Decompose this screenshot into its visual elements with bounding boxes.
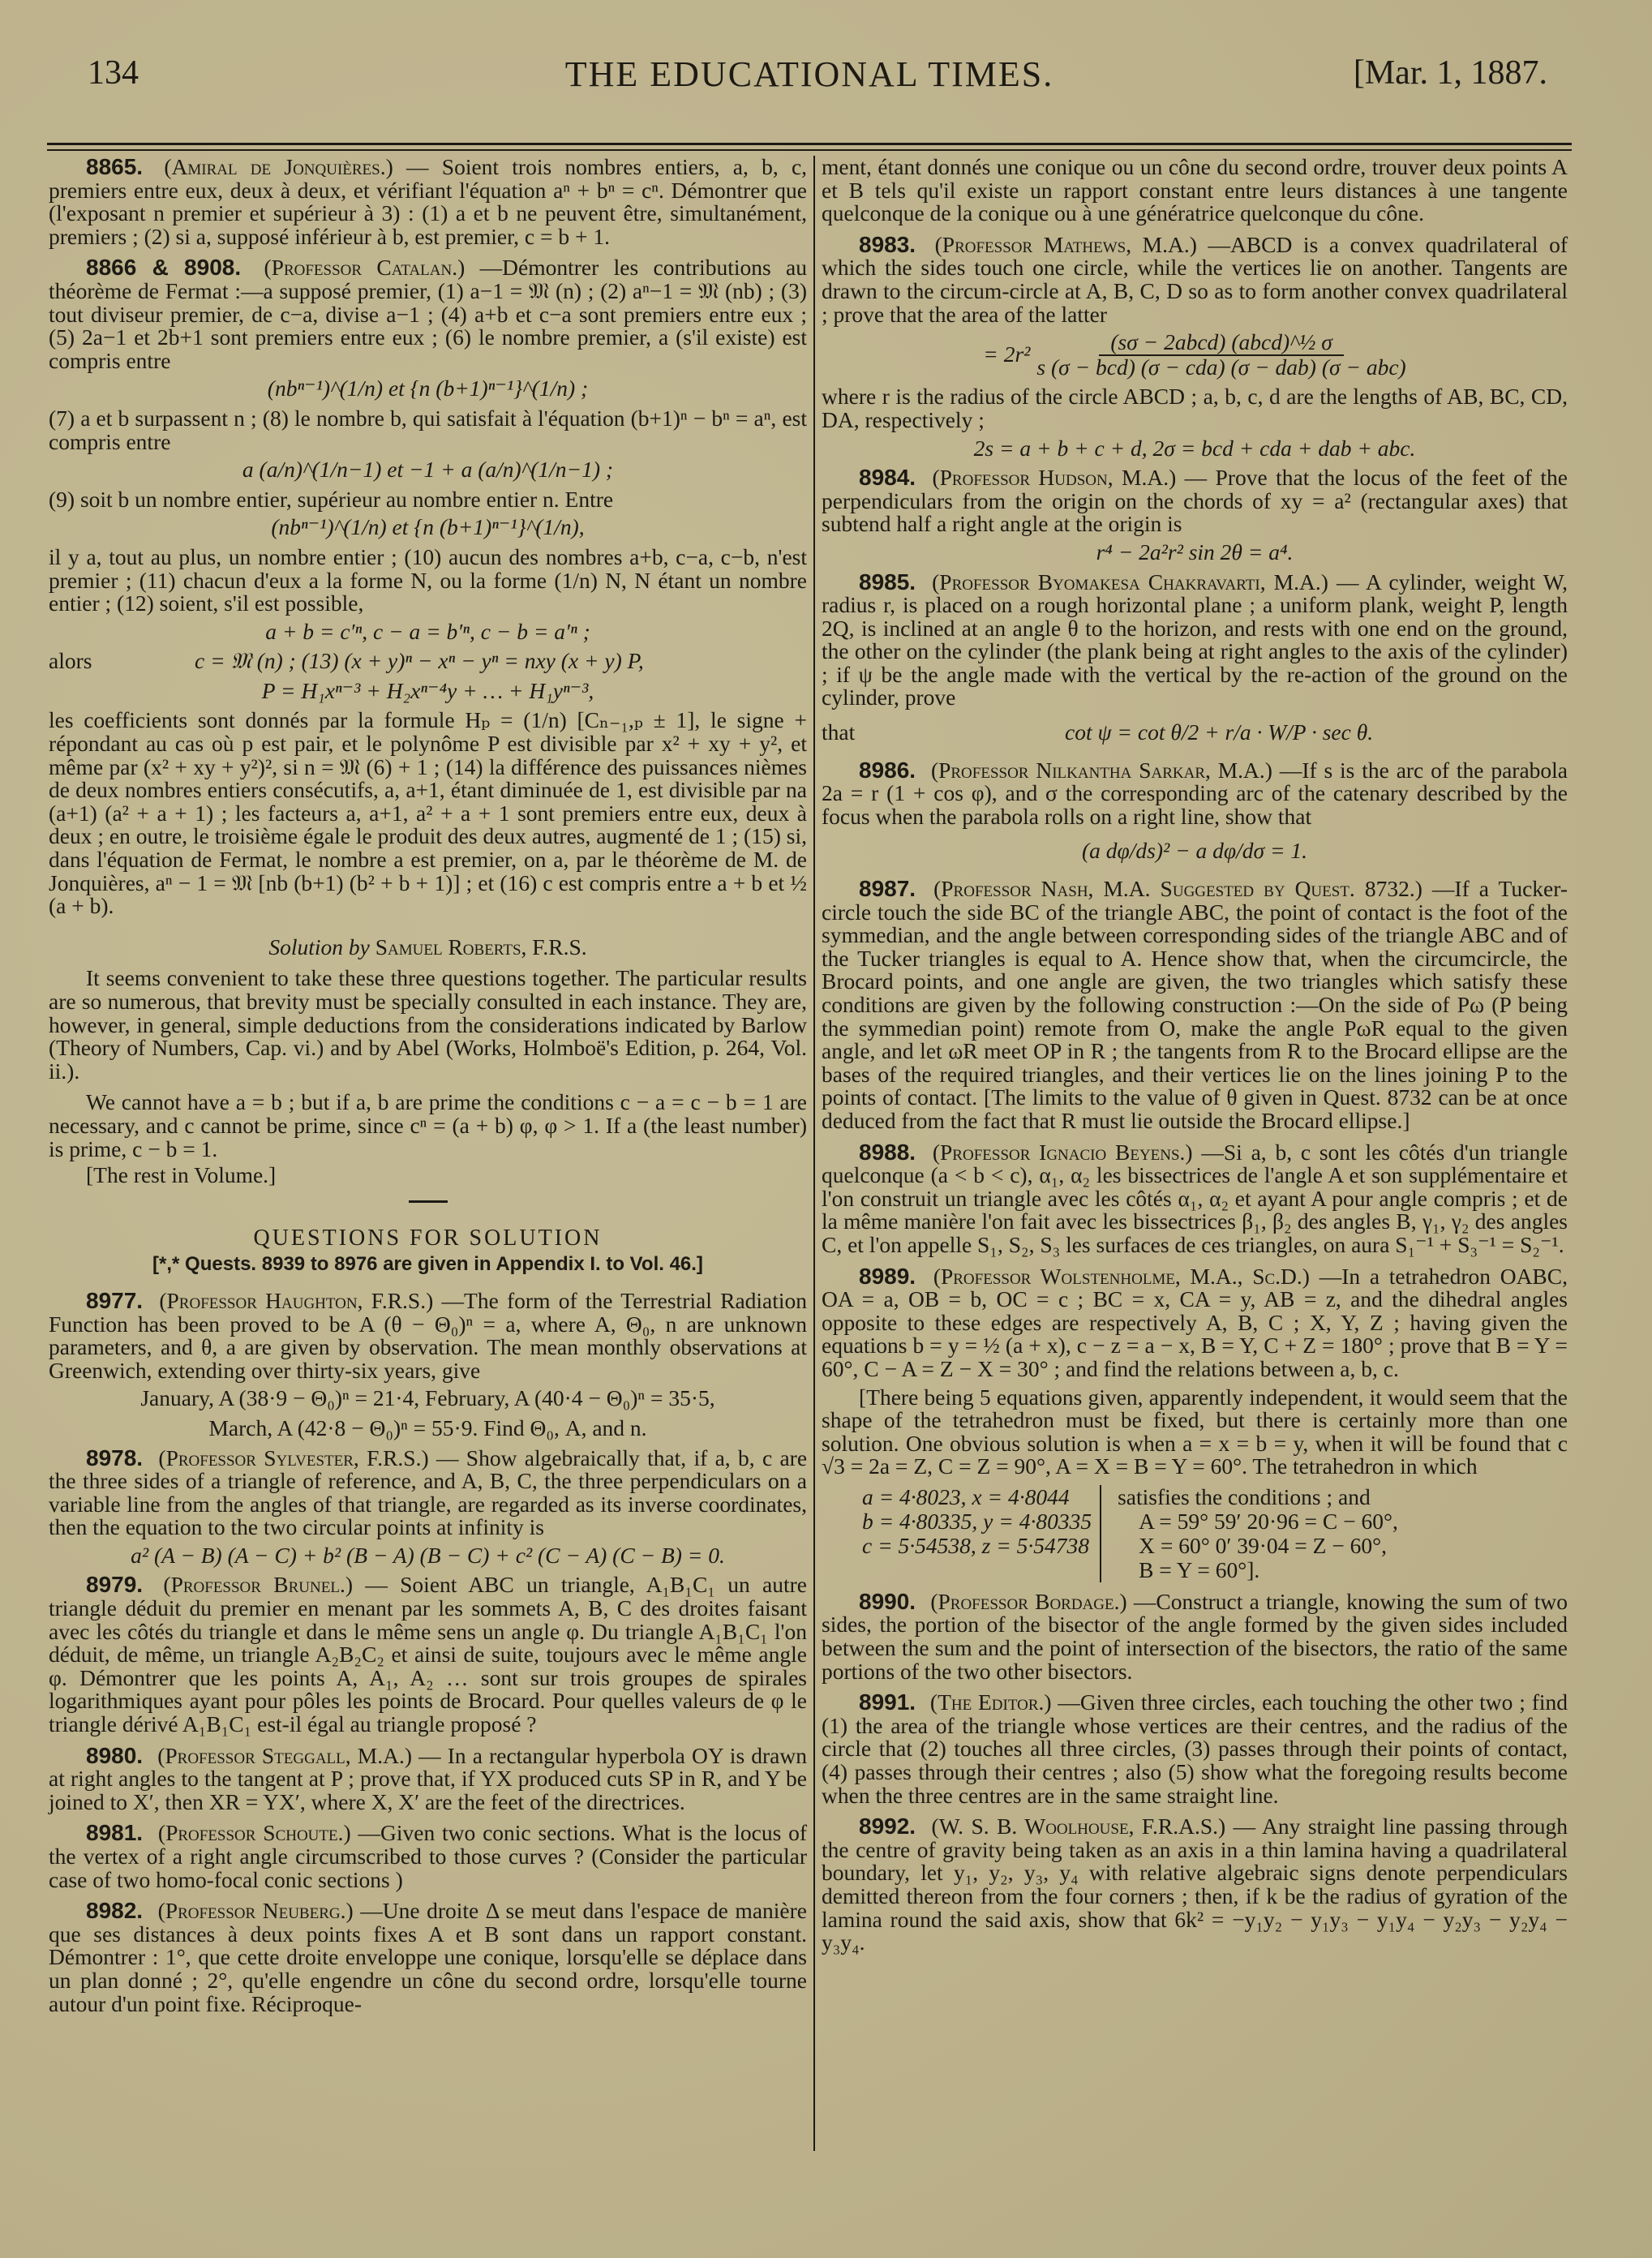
equation: March, A (42·8 − Θ₀)ⁿ = 55·9. Find Θ₀, A… xyxy=(49,1417,807,1440)
values-left: a = 4·8023, x = 4·8044 b = 4·80335, y = … xyxy=(862,1485,1101,1582)
question-8988: 8988. (Professor Ignacio Beyens.) —Si a,… xyxy=(822,1141,1568,1257)
question-author: (Professor Nash, M.A. Suggested by Quest… xyxy=(933,876,1422,901)
question-number: 8866 & 8908. xyxy=(86,255,241,280)
question-number: 8984. xyxy=(859,465,916,490)
question-number: 8988. xyxy=(859,1140,916,1165)
numerator: (sσ − 2abcd) (abcd)^½ σ xyxy=(1099,331,1343,356)
right-column: ment, étant donnés une conique ou un côn… xyxy=(822,156,1568,1963)
question-author: (Professor Schoute.) xyxy=(158,1820,351,1845)
question-author: (Professor Haughton, F.R.S.) xyxy=(159,1288,433,1313)
values-right: satisfies the conditions ; and A = 59° 5… xyxy=(1118,1485,1398,1582)
question-8979: 8979. (Professor Brunel.) — Soient ABC u… xyxy=(49,1573,807,1736)
question-author: (Professor Bordage.) xyxy=(930,1589,1126,1614)
question-number: 8865. xyxy=(86,154,143,179)
question-author: (Professor Byomakesa Chakravarti, M.A.) xyxy=(932,569,1328,595)
question-number: 8985. xyxy=(859,569,916,595)
question-number: 8990. xyxy=(859,1589,916,1614)
equation: (a dφ/ds)² − a dφ/dσ = 1. xyxy=(822,839,1568,863)
question-8990: 8990. (Professor Bordage.) —Construct a … xyxy=(822,1590,1568,1683)
equation: P = H₁xⁿ⁻³ + H₂xⁿ⁻⁴y + … + H₁yⁿ⁻³, xyxy=(49,680,807,703)
equation: cot ψ = cot θ/2 + r/a · W/P · sec θ. xyxy=(1065,719,1373,745)
question-text: — Soient trois nombres entiers, a, b, c,… xyxy=(49,154,807,249)
fraction: (sσ − 2abcd) (abcd)^½ σ s (σ − bcd) (σ −… xyxy=(1036,331,1405,379)
question-author: (Professor Catalan.) xyxy=(264,255,466,280)
question-8985: 8985. (Professor Byomakesa Chakravarti, … xyxy=(822,571,1568,745)
question-number: 8977. xyxy=(86,1288,143,1313)
solution-paragraph: It seems convenient to take these three … xyxy=(49,967,807,1083)
question-number: 8986. xyxy=(859,758,916,783)
values-row: satisfies the conditions ; and xyxy=(1118,1485,1398,1509)
solution-label: Solution by xyxy=(268,934,370,959)
equation: c = 𝔐 (n) ; (13) (x + y)ⁿ − xⁿ − yⁿ = nx… xyxy=(195,648,644,673)
question-author: (Professor Ignacio Beyens.) xyxy=(933,1140,1193,1165)
fraction-equation: = 2r² (sσ − 2abcd) (abcd)^½ σ s (σ − bcd… xyxy=(822,331,1568,379)
question-author: (Professor Mathews, M.A.) xyxy=(935,232,1197,257)
question-8866: 8866 & 8908. (Professor Catalan.) —Démon… xyxy=(49,256,807,917)
values-row: B = Y = 60°]. xyxy=(1118,1558,1398,1582)
equation-label: that xyxy=(822,721,1065,745)
values-row: X = 60° 0′ 39·04 = Z − 60°, xyxy=(1118,1534,1398,1558)
equation: (nbⁿ⁻¹)^(1/n) et {n (b+1)ⁿ⁻¹}^(1/n) ; xyxy=(49,377,807,401)
newspaper-page: 134 THE EDUCATIONAL TIMES. [Mar. 1, 1887… xyxy=(47,49,1572,99)
column-divider xyxy=(813,156,815,2151)
equation: 2s = a + b + c + d, 2σ = bcd + cda + dab… xyxy=(822,437,1568,461)
question-number: 8989. xyxy=(859,1264,916,1289)
denominator: s (σ − bcd) (σ − cda) (σ − dab) (σ − abc… xyxy=(1036,356,1405,380)
question-author: (Professor Steggall, M.A.) xyxy=(157,1743,412,1768)
question-8865: 8865. (Amiral de Jonquières.) — Soient t… xyxy=(49,156,807,248)
question-number: 8980. xyxy=(86,1743,143,1768)
question-number: 8987. xyxy=(859,876,916,901)
editor-note: [There being 5 equations given, apparent… xyxy=(822,1386,1568,1479)
solution-heading: Solution by Samuel Roberts, F.R.S. xyxy=(49,936,807,959)
header-rule-thin xyxy=(47,149,1572,151)
question-number: 8979. xyxy=(86,1572,143,1597)
question-number: 8982. xyxy=(86,1898,143,1923)
section-note: [*,* Quests. 8939 to 8976 are given in A… xyxy=(49,1253,807,1277)
equation: a + b = c′ⁿ, c − a = b′ⁿ, c − b = a′ⁿ ; xyxy=(49,620,807,644)
question-author: (Amiral de Jonquières.) xyxy=(164,154,393,179)
values-row: c = 5·54538, z = 5·54738 xyxy=(862,1534,1092,1558)
question-8982-continued: ment, étant donnés une conique ou un côn… xyxy=(822,156,1568,225)
question-number: 8992. xyxy=(859,1814,916,1839)
question-8978: 8978. (Professor Sylvester, F.R.S.) — Sh… xyxy=(49,1447,807,1568)
section-rule xyxy=(409,1200,448,1203)
question-number: 8983. xyxy=(859,232,916,257)
solution-paragraph: We cannot have a = b ; but if a, b are p… xyxy=(49,1091,807,1161)
publication-title: THE EDUCATIONAL TIMES. xyxy=(47,54,1572,95)
question-8986: 8986. (Professor Nilkantha Sarkar, M.A.)… xyxy=(822,759,1568,863)
question-author: (Professor Sylvester, F.R.S.) xyxy=(158,1445,428,1470)
question-8981: 8981. (Professor Schoute.) —Given two co… xyxy=(49,1822,807,1891)
issue-date: [Mar. 1, 1887. xyxy=(1354,54,1547,92)
equation-prefix: = 2r² xyxy=(983,343,1030,367)
section-title: QUESTIONS FOR SOLUTION xyxy=(49,1227,807,1251)
columns: 8865. (Amiral de Jonquières.) — Soient t… xyxy=(47,156,1572,2167)
question-author: (Professor Brunel.) xyxy=(163,1572,353,1597)
question-number: 8981. xyxy=(86,1820,143,1845)
question-text: —If a Tucker-circle touch the side BC of… xyxy=(822,876,1568,1133)
header-rule-thick xyxy=(47,143,1572,145)
question-text: where r is the radius of the circle ABCD… xyxy=(822,385,1568,431)
question-8992: 8992. (W. S. B. Woolhouse, F.R.A.S.) — A… xyxy=(822,1815,1568,1955)
question-text: il y a, tout au plus, un nombre entier ;… xyxy=(49,546,807,616)
question-author: (Professor Hudson, M.A.) xyxy=(932,465,1176,490)
question-author: (W. S. B. Woolhouse, F.R.A.S.) xyxy=(932,1814,1226,1839)
question-number: 8991. xyxy=(859,1689,916,1715)
equation: a (a/n)^(1/n−1) et −1 + a (a/n)^(1/n−1) … xyxy=(49,458,807,482)
question-8991: 8991. (The Editor.) —Given three circles… xyxy=(822,1691,1568,1807)
question-8982: 8982. (Professor Neuberg.) —Une droite Δ… xyxy=(49,1900,807,2015)
question-author: (Professor Nilkantha Sarkar, M.A.) xyxy=(931,758,1272,783)
question-8977: 8977. (Professor Haughton, F.R.S.) —The … xyxy=(49,1290,807,1440)
question-author: (Professor Neuberg.) xyxy=(158,1898,354,1923)
equation-row: alorsc = 𝔐 (n) ; (13) (x + y)ⁿ − xⁿ − yⁿ… xyxy=(49,650,807,673)
question-8989: 8989. (Professor Wolstenholme, M.A., Sc.… xyxy=(822,1265,1568,1582)
question-text: — Soient ABC un triangle, A₁B₁C₁ un autr… xyxy=(49,1572,807,1736)
equation: January, A (38·9 − Θ₀)ⁿ = 21·4, February… xyxy=(49,1387,807,1410)
question-8984: 8984. (Professor Hudson, M.A.) — Prove t… xyxy=(822,466,1568,564)
values-row: A = 59° 59′ 20·96 = C − 60°, xyxy=(1118,1509,1398,1534)
equation: a² (A − B) (A − C) + b² (B − A) (B − C) … xyxy=(49,1544,807,1568)
question-text: (9) soit b un nombre entier, supérieur a… xyxy=(49,488,807,512)
left-column: 8865. (Amiral de Jonquières.) — Soient t… xyxy=(49,156,807,2024)
question-author: (Professor Wolstenholme, M.A., Sc.D.) xyxy=(933,1264,1310,1289)
question-8983: 8983. (Professor Mathews, M.A.) —ABCD is… xyxy=(822,234,1568,460)
question-text: (7) a et b surpassent n ; (8) le nombre … xyxy=(49,407,807,453)
equation-row: thatcot ψ = cot θ/2 + r/a · W/P · sec θ. xyxy=(822,721,1568,745)
question-number: 8978. xyxy=(86,1445,143,1470)
equation-label: alors xyxy=(49,650,195,673)
solution-author: Samuel Roberts, F.R.S. xyxy=(375,934,587,959)
question-8987: 8987. (Professor Nash, M.A. Suggested by… xyxy=(822,878,1568,1133)
equation: r⁴ − 2a²r² sin 2θ = a⁴. xyxy=(822,541,1568,564)
question-author: (The Editor.) xyxy=(930,1689,1052,1715)
values-row: a = 4·8023, x = 4·8044 xyxy=(862,1485,1092,1509)
page-header: 134 THE EDUCATIONAL TIMES. [Mar. 1, 1887… xyxy=(47,49,1572,99)
question-8980: 8980. (Professor Steggall, M.A.) — In a … xyxy=(49,1745,807,1814)
equation: (nbⁿ⁻¹)^(1/n) et {n (b+1)ⁿ⁻¹}^(1/n), xyxy=(49,516,807,539)
values-table: a = 4·8023, x = 4·8044 b = 4·80335, y = … xyxy=(862,1485,1568,1582)
question-text: les coefficients sont donnés par la form… xyxy=(49,709,807,917)
values-row: b = 4·80335, y = 4·80335 xyxy=(862,1509,1092,1534)
solution-paragraph: [The rest in Volume.] xyxy=(49,1164,807,1187)
